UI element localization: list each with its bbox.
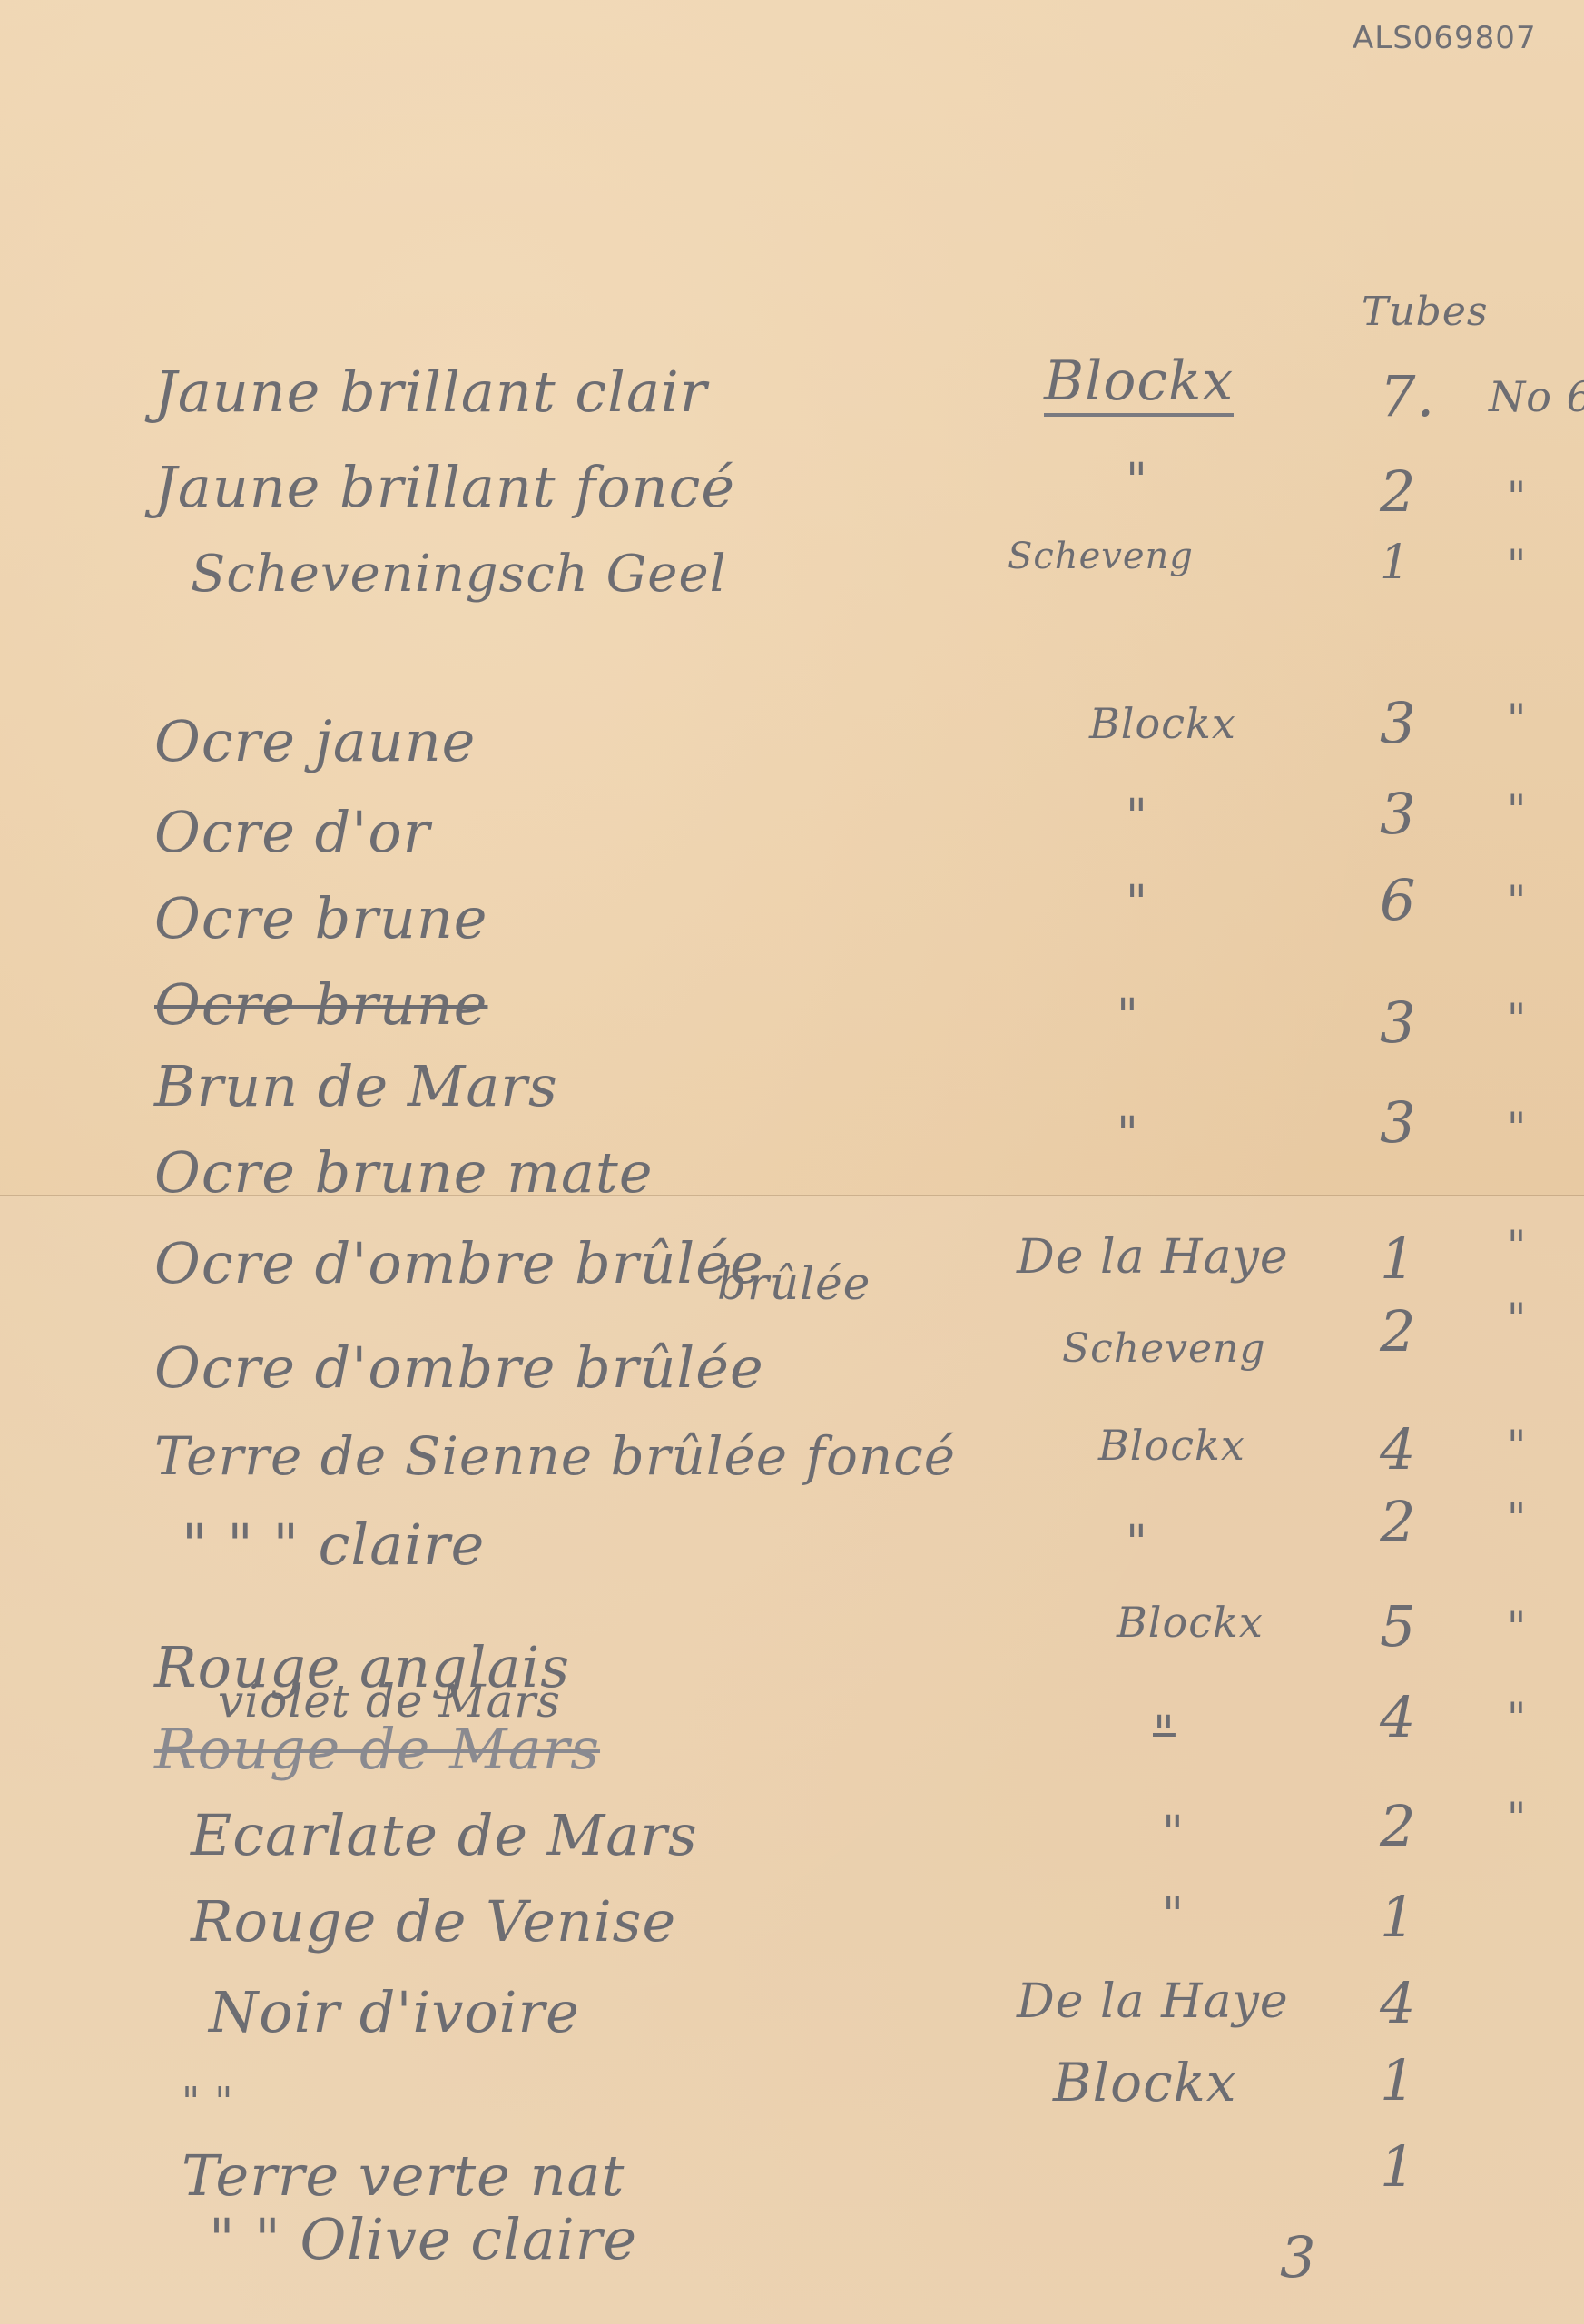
row-qty: 3 xyxy=(1380,781,1416,847)
row-brand: " xyxy=(1126,454,1148,508)
row-brand: " xyxy=(1126,1516,1148,1571)
row-name: Brun de Mars xyxy=(154,1053,558,1119)
row-name: Ocre brune xyxy=(154,885,487,951)
row-qty: 3 xyxy=(1380,990,1416,1056)
row-brand: " xyxy=(1117,1108,1139,1162)
row-unit: " xyxy=(1507,1693,1527,1742)
row-brand: " xyxy=(1162,1807,1185,1861)
row-unit: " xyxy=(1507,994,1527,1043)
row-qty: 1 xyxy=(1380,2047,1416,2113)
row-brand: Scheveng xyxy=(1062,1325,1266,1372)
row-name: Rouge de Venise xyxy=(191,1888,676,1955)
row-unit: " xyxy=(1507,1793,1527,1842)
row-name: Ecarlate de Mars xyxy=(191,1802,698,1868)
row-brand-struck: " xyxy=(1153,1707,1176,1761)
ditto-marks: " " xyxy=(182,2079,233,2125)
row-qty: 3 xyxy=(1380,1089,1416,1156)
row-name-struck: Ocre brune xyxy=(154,971,487,1038)
row-name: Jaune brillant foncé xyxy=(154,454,735,520)
row-name: " " " claire xyxy=(182,1512,485,1578)
row-qty: 5 xyxy=(1380,1593,1416,1659)
row-brand: Blockx xyxy=(1117,1598,1264,1647)
row-brand: De la Haye xyxy=(1017,1230,1289,1285)
row-unit: " xyxy=(1507,472,1527,521)
row-correction: brûlée xyxy=(717,1257,871,1310)
row-brand: Blockx xyxy=(1089,699,1236,748)
row-brand: De la Haye xyxy=(1017,1974,1289,2029)
row-qty: 1 xyxy=(1380,1226,1416,1292)
row-brand: " xyxy=(1162,1888,1185,1943)
row-brand: " xyxy=(1126,790,1148,844)
row-name: Ocre d'or xyxy=(154,799,430,865)
row-unit: " xyxy=(1507,785,1527,834)
row-name: Terre de Sienne brûlée foncé xyxy=(154,1425,956,1487)
row-qty: 3 xyxy=(1280,2224,1316,2290)
row-qty: 1 xyxy=(1380,536,1411,590)
row-qty: 3 xyxy=(1380,690,1416,756)
row-name: Terre verte nat xyxy=(182,2142,625,2209)
row-name: Ocre jaune xyxy=(154,708,476,774)
row-qty: 4 xyxy=(1380,1970,1416,2036)
row-name: Scheveningsch Geel xyxy=(191,545,727,604)
row-qty: 6 xyxy=(1380,867,1416,933)
row-brand: Scheveng xyxy=(1008,536,1194,577)
row-unit: " xyxy=(1507,694,1527,743)
row-unit: " xyxy=(1507,1421,1527,1470)
row-qty: 2 xyxy=(1380,458,1416,525)
row-qty: 2 xyxy=(1380,1489,1416,1555)
catalog-number: ALS069807 xyxy=(1353,20,1537,56)
row-unit: " xyxy=(1507,540,1527,589)
row-qty: 1 xyxy=(1380,1884,1416,1950)
row-name: Ocre d'ombre brûlée xyxy=(154,1334,764,1401)
row-qty: 2 xyxy=(1380,1298,1416,1364)
row-qty: 1 xyxy=(1380,2133,1416,2200)
row-qty: 2 xyxy=(1380,1793,1416,1859)
row-name: " " Olive claire xyxy=(209,2206,637,2272)
row-brand: " xyxy=(1117,990,1139,1044)
row-name: Ocre brune mate xyxy=(154,1139,654,1206)
row-qty: 4 xyxy=(1380,1416,1416,1482)
row-name: Ocre d'ombre brûlée xyxy=(154,1230,764,1296)
row-unit: " xyxy=(1507,1493,1527,1542)
row-unit: " xyxy=(1507,1221,1527,1270)
column-header-tubes: Tubes xyxy=(1362,289,1488,335)
row-qty: 7. xyxy=(1380,363,1435,429)
row-name-struck: Rouge de Mars xyxy=(154,1716,600,1782)
row-unit: " xyxy=(1507,1103,1527,1152)
row-brand: " xyxy=(1126,876,1148,931)
row-name: Jaune brillant clair xyxy=(154,359,707,425)
row-unit: No 6 xyxy=(1489,372,1584,421)
row-unit: " xyxy=(1507,1294,1527,1343)
row-brand: Blockx xyxy=(1098,1421,1245,1470)
row-unit: " xyxy=(1507,876,1527,925)
row-brand: Blockx xyxy=(1053,2052,1236,2113)
row-qty: 4 xyxy=(1380,1684,1416,1750)
row-unit: " xyxy=(1507,1602,1527,1651)
row-brand: Blockx xyxy=(1044,350,1234,417)
row-name: Noir d'ivoire xyxy=(209,1979,580,2045)
